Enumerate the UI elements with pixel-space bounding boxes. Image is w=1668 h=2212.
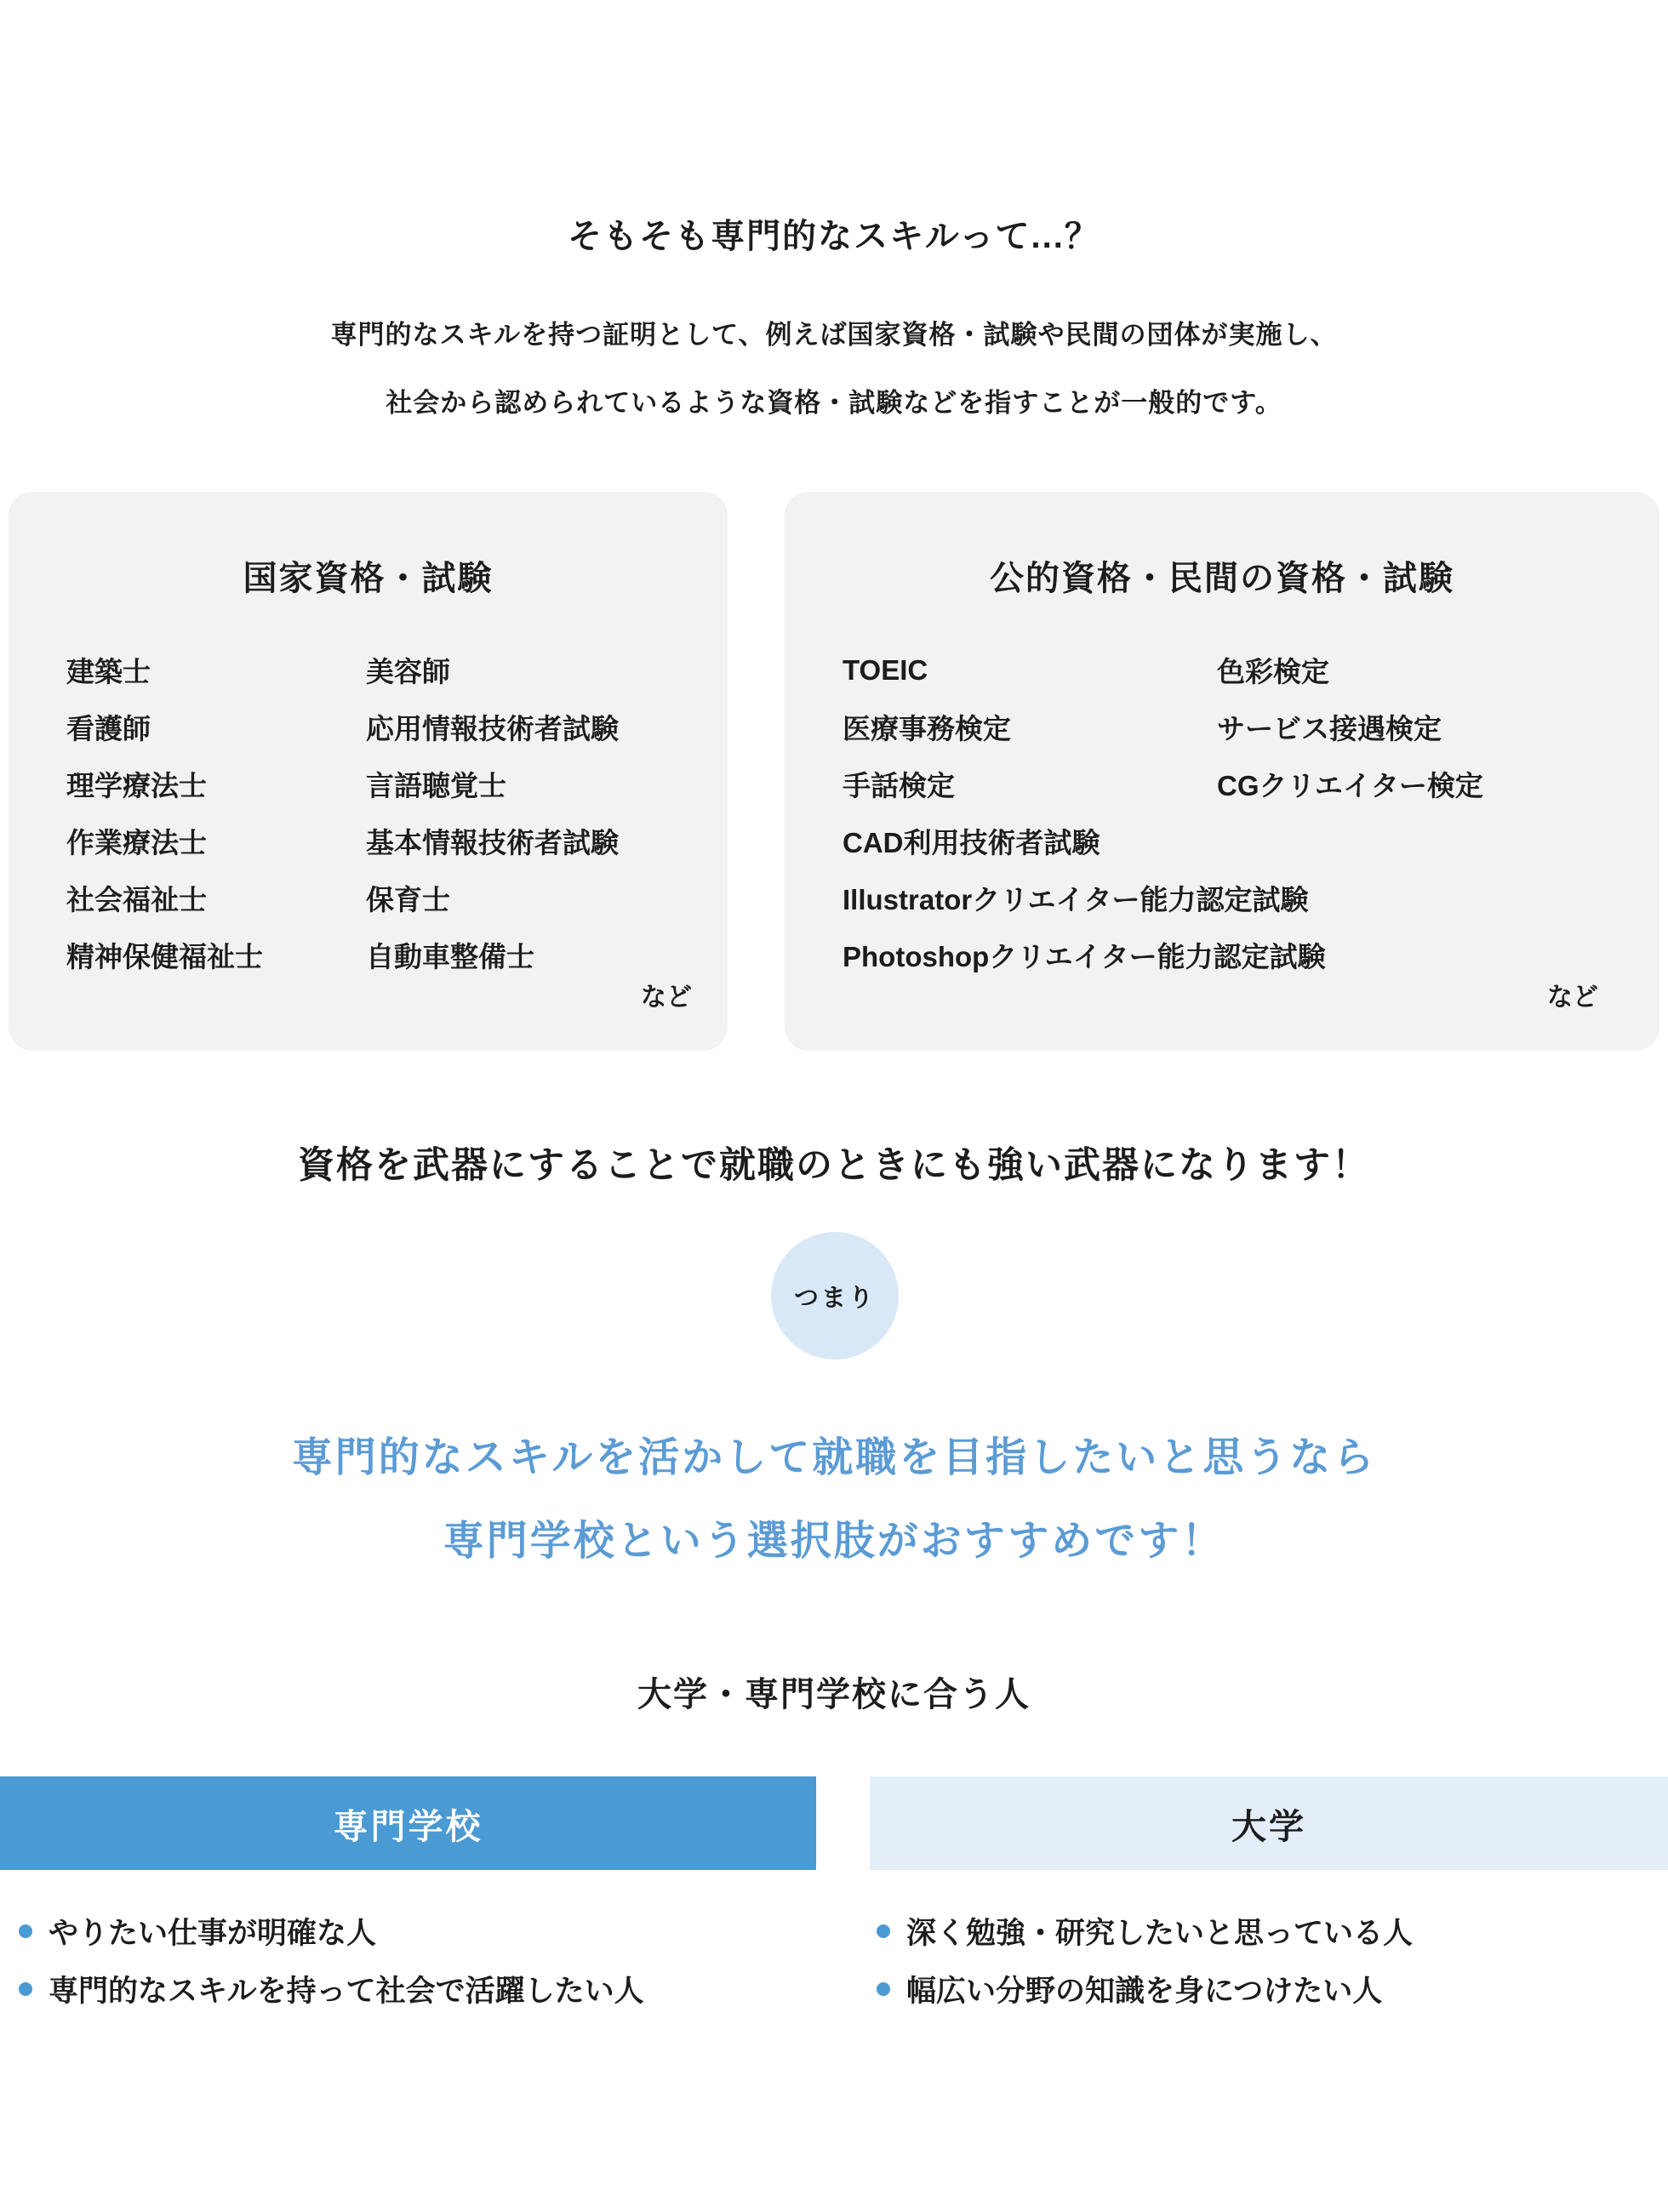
national-box-title: 国家資格・試験 [9, 551, 728, 600]
qualification-item: 理学療法士 [66, 764, 366, 804]
bullet-text: やりたい仕事が明確な人 [49, 1910, 376, 1953]
qualification-item: 建築士 [66, 650, 366, 690]
qualification-item: 色彩検定 [1217, 650, 1329, 690]
bullet-text: 幅広い分野の知識を身につけたい人 [906, 1968, 1382, 2010]
qualification-item: 手話検定 [843, 764, 1217, 804]
public-row: Illustratorクリエイター能力認定試験 [843, 869, 1636, 926]
national-row: 理学療法士 言語聴覚士 [66, 755, 704, 812]
etc-label: など [1547, 976, 1598, 1013]
public-row: TOEIC 色彩検定 [843, 641, 1636, 698]
public-row: CAD利用技術者試験 [843, 812, 1636, 869]
public-box-title: 公的資格・民間の資格・試験 [785, 551, 1659, 600]
qualification-item: 社会福祉士 [66, 878, 366, 918]
intro-paragraph-line-1: 専門的なスキルを持つ証明として、例えば国家資格・試験や民間の団体が実施し、 [0, 313, 1668, 351]
qualification-item: サービス接遇検定 [1217, 707, 1442, 747]
bullet-text: 深く勉強・研究したいと思っている人 [906, 1910, 1413, 1953]
page-title: そもそも専門的なスキルって...？ [0, 209, 1668, 258]
qualification-item: TOEIC [843, 654, 1217, 687]
university-bullet-item: 幅広い分野の知識を身につけたい人 [877, 1970, 1382, 2008]
qualification-item: 基本情報技術者試験 [366, 821, 619, 861]
qualification-item: 保育士 [366, 878, 450, 918]
national-qualifications-box: 国家資格・試験 建築士 美容師 看護師 応用情報技術者試験 理学療法士 言語聴覚… [9, 492, 728, 1051]
qualification-item: 自動車整備士 [366, 935, 534, 975]
bullet-dot-icon [19, 1982, 32, 1996]
qualification-item: 美容師 [366, 650, 450, 690]
national-row: 看護師 応用情報技術者試験 [66, 698, 704, 755]
national-row: 作業療法士 基本情報技術者試験 [66, 812, 704, 869]
qualification-item: CAD利用技術者試験 [843, 821, 1100, 861]
qualification-item: 医療事務検定 [843, 707, 1217, 747]
qualification-item: 看護師 [66, 707, 366, 747]
bullet-dot-icon [19, 1924, 32, 1938]
recommendation-line-1: 専門的なスキルを活かして就職を目指したいと思うなら [0, 1424, 1668, 1483]
public-private-qualifications-box: 公的資格・民間の資格・試験 TOEIC 色彩検定 医療事務検定 サービス接遇検定… [785, 492, 1659, 1051]
qualification-item: 精神保健福祉士 [66, 935, 366, 975]
qualification-item: Photoshopクリエイター能力認定試験 [843, 935, 1326, 975]
intro-paragraph-line-2: 社会から認められているような資格・試験などを指すことが一般的です。 [0, 381, 1668, 419]
national-row: 社会福祉士 保育士 [66, 869, 704, 926]
public-row: Photoshopクリエイター能力認定試験 [843, 926, 1636, 983]
etc-label: など [641, 976, 692, 1013]
university-header: 大学 [870, 1776, 1668, 1870]
national-row: 精神保健福祉士 自動車整備士 [66, 926, 704, 983]
public-row: 医療事務検定 サービス接遇検定 [843, 698, 1636, 755]
qualification-item: 作業療法士 [66, 821, 366, 861]
fit-section-heading: 大学・専門学校に合う人 [0, 1668, 1668, 1716]
qualification-item: 言語聴覚士 [366, 764, 506, 804]
recommendation-line-2: 専門学校という選択肢がおすすめです！ [0, 1508, 1668, 1566]
tsumari-label: つまり [794, 1279, 876, 1314]
vocational-bullet-item: 専門的なスキルを持って社会で活躍したい人 [19, 1970, 644, 2008]
weapon-statement: 資格を武器にすることで就職のときにも強い武器になります！ [0, 1137, 1668, 1189]
tsumari-connector-circle: つまり [771, 1232, 899, 1360]
bullet-text: 専門的なスキルを持って社会で活躍したい人 [49, 1968, 644, 2010]
article-page: そもそも専門的なスキルって...？ 専門的なスキルを持つ証明として、例えば国家資… [0, 0, 1668, 2212]
national-row: 建築士 美容師 [66, 641, 704, 698]
vocational-bullet-item: やりたい仕事が明確な人 [19, 1913, 376, 1950]
qualification-item: 応用情報技術者試験 [366, 707, 619, 747]
qualification-item: CGクリエイター検定 [1217, 764, 1483, 804]
bullet-dot-icon [877, 1924, 890, 1938]
university-bullet-item: 深く勉強・研究したいと思っている人 [877, 1913, 1413, 1950]
vocational-school-header: 専門学校 [0, 1776, 816, 1870]
qualification-item: Illustratorクリエイター能力認定試験 [843, 878, 1309, 918]
bullet-dot-icon [877, 1982, 890, 1996]
public-row: 手話検定 CGクリエイター検定 [843, 755, 1636, 812]
